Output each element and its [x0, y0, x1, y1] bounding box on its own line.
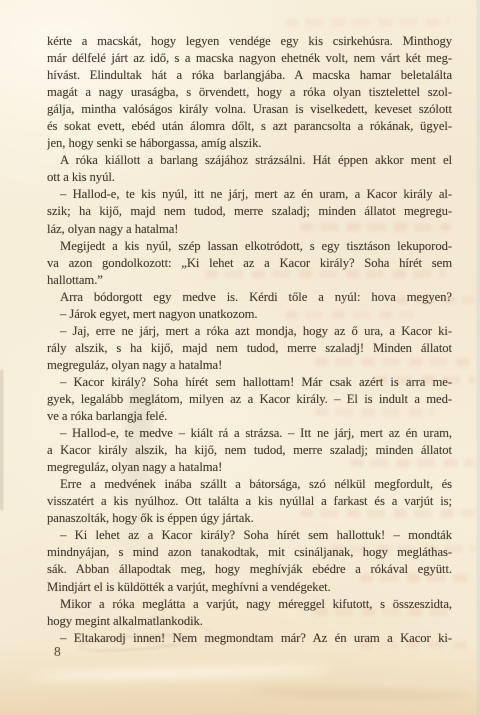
- text-line: hallottam.”: [47, 272, 452, 289]
- text-line: rály alszik, s ha kijő, majd nem tudod, …: [47, 340, 452, 357]
- text-line: va azon gondolkozott: „Ki lehet az a Kac…: [47, 255, 452, 272]
- text-line: a Kacor király alszik, ha kijő, nem tudo…: [47, 442, 452, 459]
- text-line: megreguláz, olyan nagy a hatalma!: [47, 357, 452, 374]
- text-line: hogy megint alkalmatlankodik.: [47, 613, 452, 630]
- text-line: Mindjárt el is küldötték a varjút, meghí…: [47, 579, 452, 596]
- text-line: visszatért a kis nyúlhoz. Ott találta a …: [47, 493, 452, 510]
- text-line: kérte a macskát, hogy legyen vendége egy…: [47, 33, 452, 50]
- text-line: jen, hogy senki se háborgassa, amíg alsz…: [47, 135, 452, 152]
- text-line: – Hallod-e, te medve – kiált rá a strázs…: [47, 425, 452, 442]
- text-line: – Hallod-e, te kis nyúl, itt ne járj, me…: [47, 186, 452, 203]
- text-line: megreguláz, olyan nagy a hatalma!: [47, 459, 452, 476]
- text-line: már délfelé járt az idő, s a macska nagy…: [47, 50, 452, 67]
- text-line: – Ki lehet az a Kacor király? Soha hírét…: [47, 527, 452, 544]
- page-left-edge-shadow: [0, 370, 3, 510]
- text-line: sák. Abban állapodtak meg, hogy meghívjá…: [47, 561, 452, 578]
- text-line: Mikor a róka meglátta a varjút, nagy mér…: [47, 596, 452, 613]
- text-line: gálja, mintha valóságos király volna. Ur…: [47, 101, 452, 118]
- text-line: szik; ha kijő, majd nem tudod, merre sza…: [47, 203, 452, 220]
- text-line: A róka kiállott a barlang szájához stráz…: [47, 152, 452, 169]
- text-line: Megijedt a kis nyúl, szép lassan elkotró…: [47, 238, 452, 255]
- text-line: – Jaj, erre ne járj, mert a róka azt mon…: [47, 323, 452, 340]
- text-line: és sokat evett, ebéd után álomra dőlt, s…: [47, 118, 452, 135]
- text-line: hívást. Elindultak hát a róka barlangjáb…: [47, 67, 452, 84]
- text-line: – Járok egyet, mert nagyon unatkozom.: [47, 306, 452, 323]
- text-line: panaszolták, hogy ők is éppen úgy jártak…: [47, 510, 452, 527]
- text-line: mindnyájan, s mind azon tanakodtak, mit …: [47, 544, 452, 561]
- text-line: Arra bódorgott egy medve is. Kérdi tőle …: [47, 289, 452, 306]
- text-line: gyek, legalább meglátom, milyen az a Kac…: [47, 391, 452, 408]
- book-page: kérte a macskát, hogy legyen vendége egy…: [0, 0, 480, 715]
- bottom-paper-shadow: [0, 644, 480, 715]
- showthrough-text-artifact: [285, 18, 450, 26]
- text-line: magát a nagy uraságba, s örvendett, hogy…: [47, 84, 452, 101]
- text-line: Erre a medvének inába szállt a bátorsága…: [47, 476, 452, 493]
- text-line: ott a kis nyúl.: [47, 169, 452, 186]
- text-line: ve a róka barlangja felé.: [47, 408, 452, 425]
- text-line: – Kacor király? Soha hírét sem hallottam…: [47, 374, 452, 391]
- page-text-block: kérte a macskát, hogy legyen vendége egy…: [47, 33, 452, 647]
- text-line: láz, olyan nagy a hatalma!: [47, 221, 452, 238]
